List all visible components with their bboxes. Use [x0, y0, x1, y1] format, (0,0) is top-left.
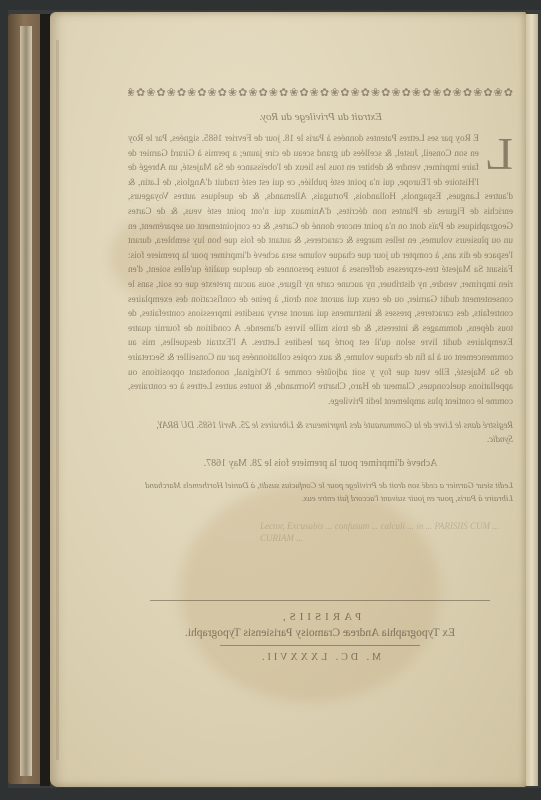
ornament-band: ✿❀✿❀✿❀✿❀✿❀✿❀✿❀✿❀✿❀✿❀✿❀✿❀✿❀✿❀✿❀✿❀✿❀✿❀✿❀: [128, 86, 513, 99]
imprint-city: PARISIIS,: [150, 611, 490, 623]
privilege-body-text: E Roy par ses Lettres Patentes données à…: [128, 133, 513, 406]
achieve-imprimer-line: Achevé d'imprimer pour la premiere fois …: [128, 458, 513, 469]
gutter-shadow: [40, 14, 50, 786]
spine-edge: [20, 26, 32, 776]
privilege-body: L E Roy par ses Lettres Patentes données…: [128, 131, 513, 408]
imprint-top-rule: [150, 600, 490, 601]
imprint-block: PARISIIS, Ex Typographia Andreæ Cramoisy…: [150, 600, 490, 663]
cession-note: Ledit sieur Garnier a cedé son droit de …: [128, 479, 513, 505]
privilege-heading: Extrait du Privilege du Roy.: [128, 111, 513, 123]
water-stain: [180, 482, 440, 702]
registry-note: Registré dans le Livre de la Communauté …: [128, 418, 513, 446]
dropcap: L: [485, 133, 513, 175]
imprint-mid-rule: [220, 645, 420, 646]
imprint-year: M. DC. LXXXVII.: [150, 652, 490, 663]
page-edge-stack: [526, 14, 538, 786]
bleed-through-text: Lector, Excusabis ... confusum ... calcu…: [260, 520, 500, 544]
imprint-printer: Ex Typographia Andreæ Cramoisy Parisiens…: [150, 627, 490, 639]
privilege-text-block: ✿❀✿❀✿❀✿❀✿❀✿❀✿❀✿❀✿❀✿❀✿❀✿❀✿❀✿❀✿❀✿❀✿❀✿❀✿❀ E…: [128, 86, 513, 505]
page-fold-line: [56, 40, 59, 760]
